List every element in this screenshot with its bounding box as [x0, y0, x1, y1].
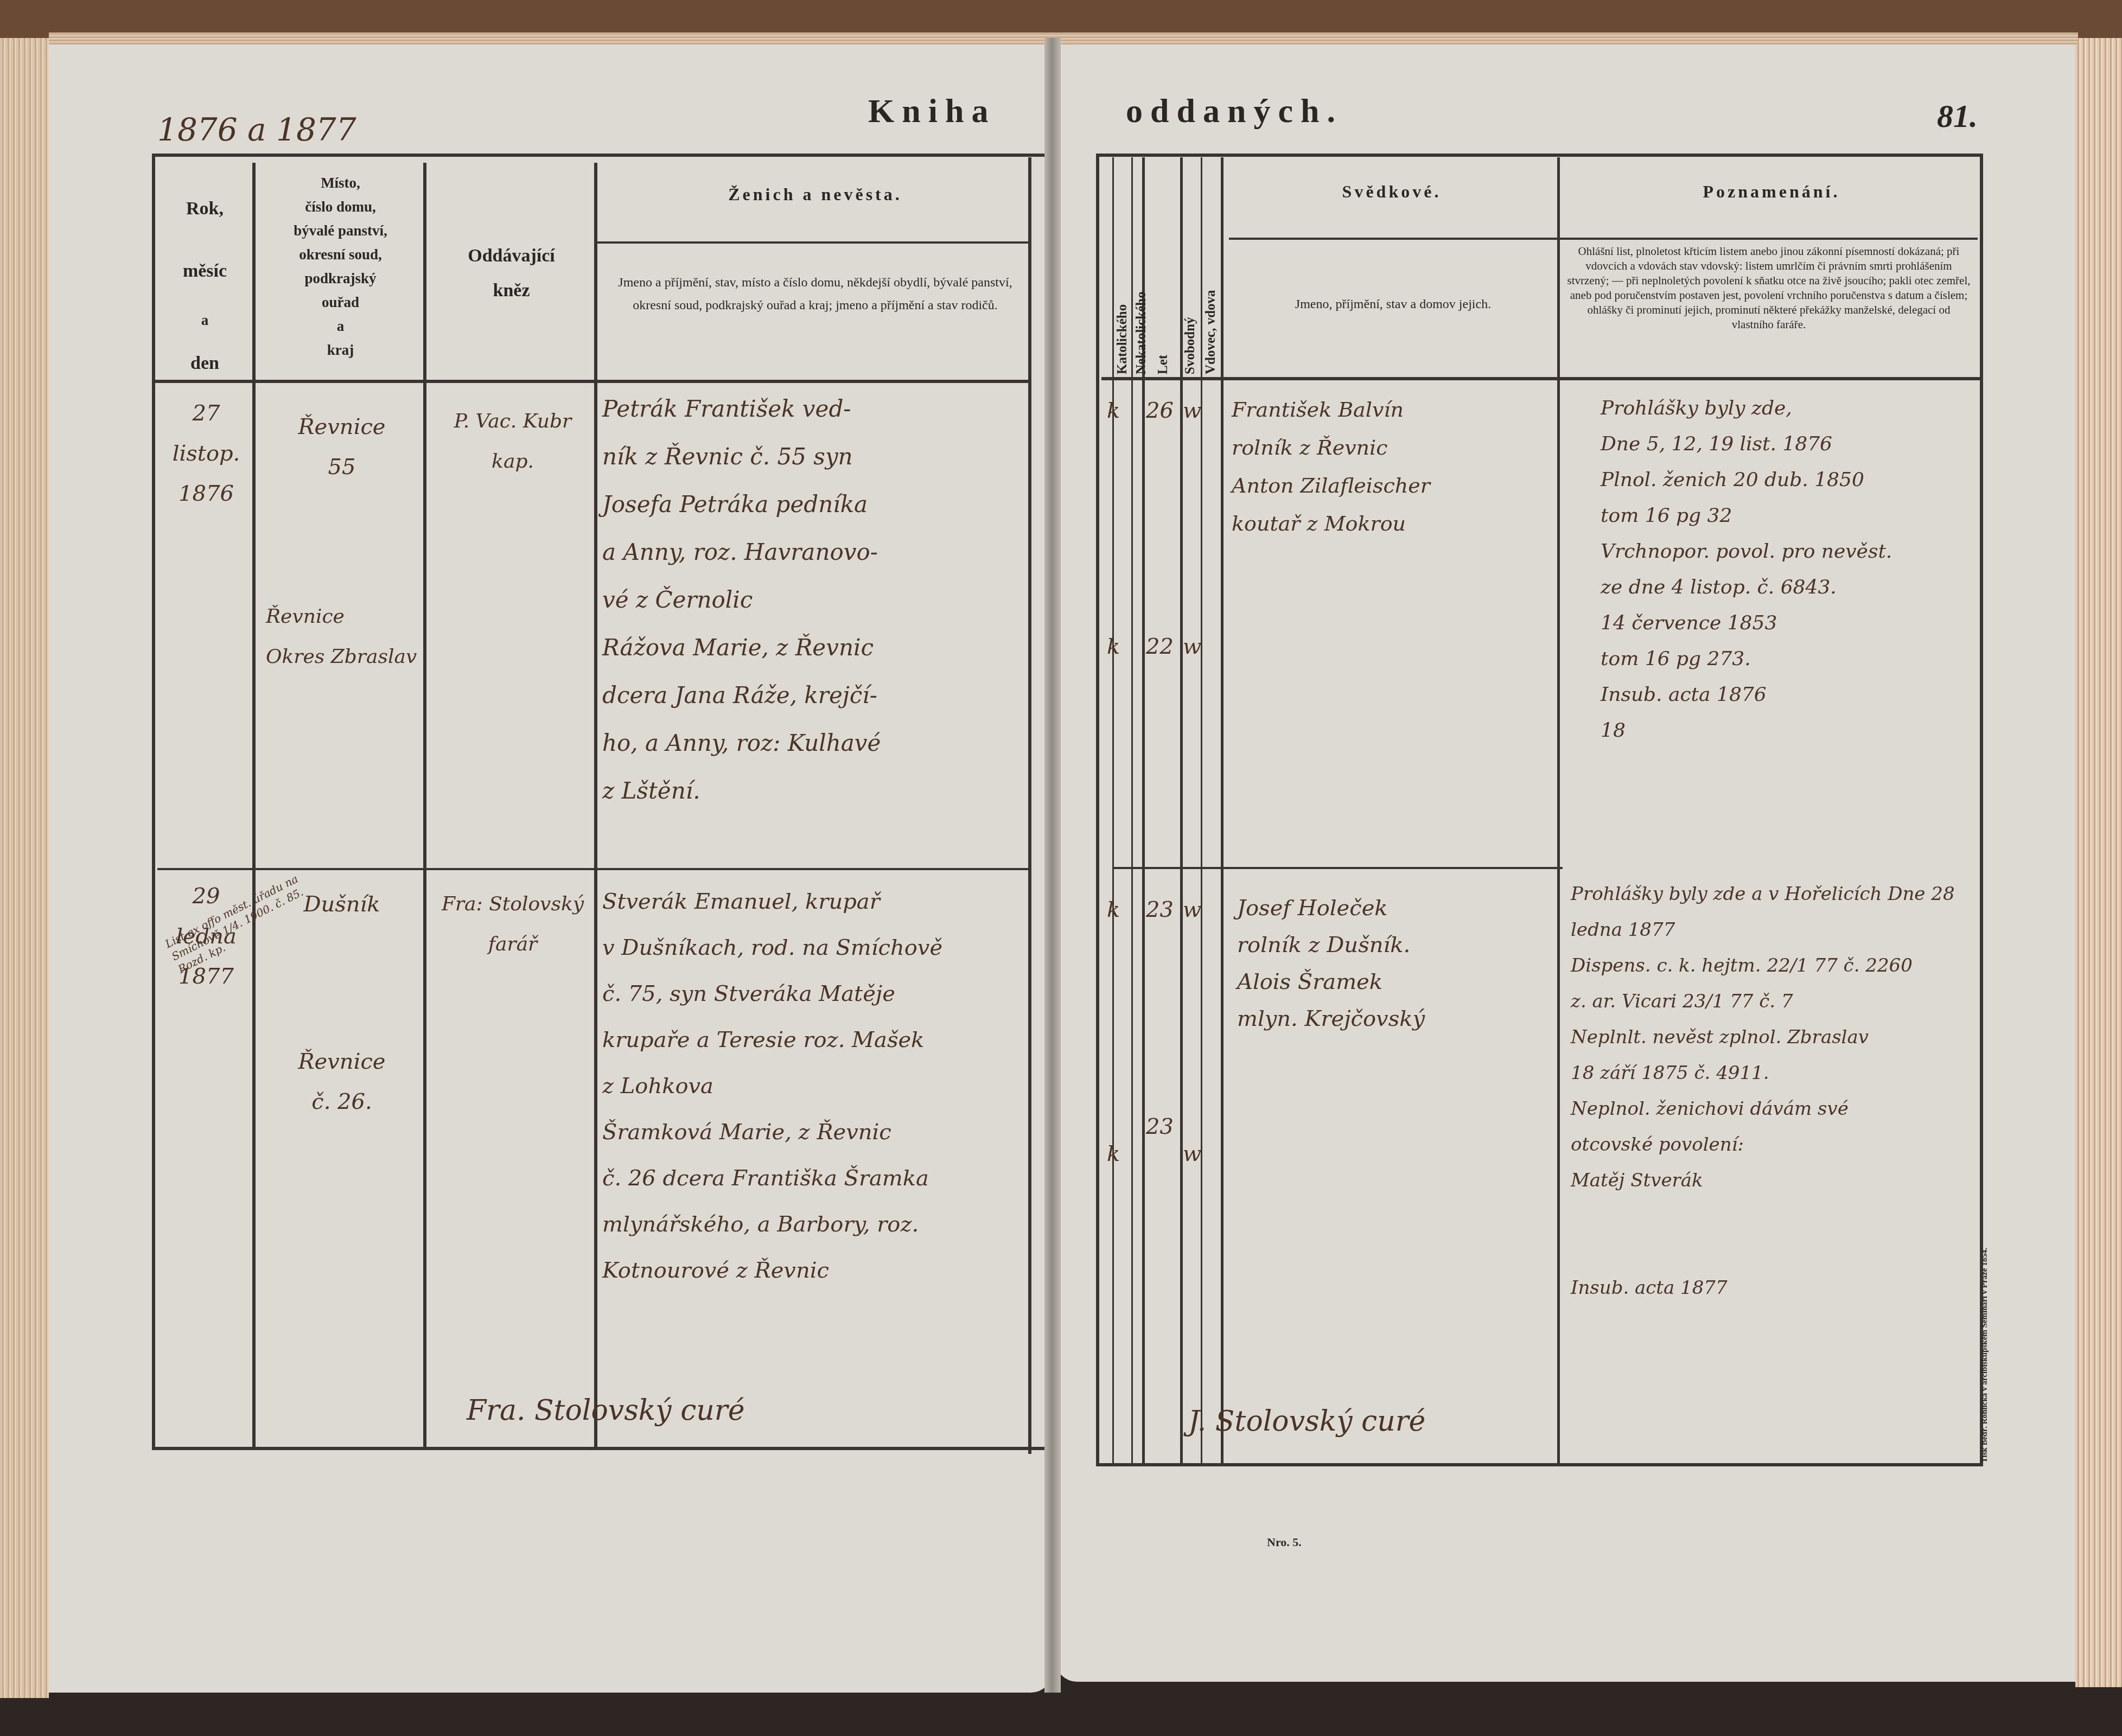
date-column-header: Rok, měsíc a den — [157, 174, 252, 385]
divider — [1112, 157, 1114, 1465]
entry-2-priest: Fra: Stolovský farář — [431, 884, 594, 965]
entry-2-remarks: Prohlášky byly zde a v Hořelicích Dne 28… — [1571, 876, 1978, 1306]
entry-1-bride-catholic: k — [1107, 627, 1120, 667]
entry-1-groom-place: Řevnice 55 — [266, 407, 418, 487]
entry-2-groom-catholic: k — [1107, 890, 1120, 930]
entry-1-groom-catholic: k — [1107, 391, 1120, 431]
page-number: 81. — [1937, 98, 1978, 135]
entry-2-couple: Stverák Emanuel, krupař v Dušníkach, rod… — [602, 879, 1031, 1294]
divider — [1557, 157, 1560, 1465]
form-number: Nro. 5. — [1267, 1535, 1302, 1549]
entry-1-priest: P. Vac. Kubr kap. — [431, 401, 594, 482]
entry-separator — [157, 868, 1031, 870]
widowed-column-header: Vdovec, vdova — [1203, 244, 1219, 374]
entry-2-groom-age: 23 — [1146, 890, 1174, 930]
page-edges-left — [0, 38, 49, 1698]
divider — [252, 163, 256, 1450]
divider — [1201, 157, 1202, 1465]
entry-1-witnesses: František Balvín rolník z Řevnic Anton Z… — [1232, 391, 1557, 542]
header-rule — [152, 380, 1031, 383]
entry-2-bride-status: w — [1183, 1134, 1201, 1174]
header-rule — [1229, 238, 1978, 240]
divider — [1221, 157, 1224, 1465]
entry-1-couple: Petrák František ved- ník z Řevnic č. 55… — [602, 385, 1031, 815]
entry-2-witnesses: Josef Holeček rolník z Dušník. Alois Šra… — [1237, 890, 1557, 1037]
divider — [594, 163, 597, 1450]
header-rule — [1101, 377, 1980, 380]
entry-1-date: 27 listop. 1876 — [163, 393, 250, 514]
catholic-column-header: Katolického — [1115, 228, 1130, 374]
entry-2-groom-status: w — [1183, 890, 1201, 930]
printer-imprint: Tisk Bedř. Rohlíčka v arcibiskupském Sem… — [1980, 1248, 1990, 1463]
divider — [423, 163, 426, 1450]
entry-1-bride-status: w — [1183, 627, 1201, 667]
entry-1-bride-age: 22 — [1146, 627, 1174, 667]
entry-1-remarks: Prohlášky byly zde, Dne 5, 12, 19 list. … — [1601, 391, 1975, 749]
entry-separator — [1112, 867, 1563, 869]
couple-column-title: Ženich a nevěsta. — [602, 184, 1028, 205]
entry-2-bride-place: Řevnice č. 26. — [266, 1042, 418, 1122]
page-edges-right — [2075, 38, 2122, 1687]
noncatholic-column-header: Nekatolického — [1134, 228, 1149, 374]
page-edges-top — [49, 33, 2078, 44]
couple-column-subtitle: Jmeno a příjmění, stav, místo a číslo do… — [613, 271, 1017, 317]
title-right: oddaných. — [1126, 92, 1343, 131]
signature-right: J. Stolovský curé — [1188, 1405, 1425, 1438]
entry-1-groom-age: 26 — [1146, 391, 1174, 431]
place-column-header: Místo, číslo domu, bývalé panství, okres… — [258, 171, 423, 362]
remarks-column-subtitle: Ohlášní list, plnoletost křticím listem … — [1565, 244, 1972, 332]
remarks-column-title: Poznamenání. — [1563, 182, 1980, 202]
title-left: Kniha — [868, 92, 996, 131]
entry-1-groom-status: w — [1183, 391, 1201, 431]
entry-1-bride-place: Řevnice Okres Zbraslav — [266, 597, 423, 677]
witnesses-column-title: Svědkové. — [1226, 182, 1557, 202]
single-column-header: Svobodný — [1183, 266, 1198, 374]
divider — [1131, 157, 1133, 1465]
entry-2-bride-age: 23 — [1146, 1107, 1174, 1147]
priest-column-header: Oddávající kněz — [429, 239, 594, 308]
signature-left: Fra. Stolovský curé — [467, 1394, 744, 1427]
age-column-header: Let — [1156, 304, 1171, 374]
year-note: 1876 a 1877 — [157, 111, 356, 148]
entry-2-bride-catholic: k — [1107, 1134, 1120, 1174]
witnesses-column-subtitle: Jmeno, příjmění, stav a domov jejich. — [1232, 293, 1554, 316]
entry-2-groom-place: Dušník — [266, 884, 418, 924]
header-rule — [597, 241, 1031, 244]
book-gutter — [1044, 38, 1061, 1693]
